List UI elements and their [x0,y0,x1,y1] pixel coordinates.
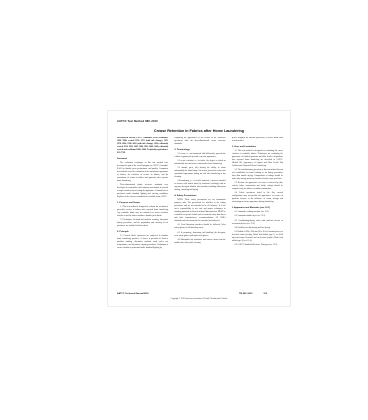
text-columns: Developed in 1968 by AATCC Committee RA6… [117,137,283,292]
body-paragraph: 1.1 This test method is designed to eval… [117,206,168,218]
section-heading: 1. Purpose and Scope [117,202,168,205]
section-heading: 5. Uses and Limitations [232,146,283,149]
body-paragraph: 5.3 Because the appearance of creases is… [232,182,283,191]
body-paragraph: 6.1 Automatic washing machine (see 12.2)… [232,211,283,214]
body-paragraph: 6.4 Facilities for drip drying and line … [232,227,283,230]
body-paragraph: 5.4 Fabric specimens tested in the flat,… [232,192,283,204]
section-heading: 4. Safety Precautions [174,195,225,198]
section-heading: 2. Principle [117,231,168,234]
section-heading: Foreword [117,158,168,161]
body-paragraph: 3.3 durable press, adj.—having the abili… [174,167,225,179]
body-paragraph-continuation: comparing the appearance of the creases … [174,137,225,146]
footer-doc-code: TM 88C-2010 [239,293,252,296]
footer-right-group: TM 88C-2010 123 [239,293,267,296]
body-paragraph: 4.2 In preparing, dispensing and handlin… [174,232,225,238]
text-column-2: comparing the appearance of the creases … [174,137,225,292]
document-title: Crease Retention in Fabrics after Home L… [108,129,290,133]
footer-manual-label: AATCC Technical Manual/2010 [117,293,149,296]
copyright-line: Copyright © 2010 American Association of… [108,298,290,300]
text-column-1: Developed in 1968 by AATCC Committee RA6… [117,137,168,292]
section-heading: 3. Terminology [174,149,225,152]
document-page: AATCC Test Method 88C-2010 Crease Retent… [107,110,291,307]
page-footer: AATCC Technical Manual/2010 TM 88C-2010 … [117,293,281,296]
body-paragraph: 5.1 This test method is designed for eva… [232,150,283,168]
body-paragraph: 4.3 Manipulate hot containers and remove… [174,239,225,245]
footer-page-number: 123 [263,293,267,296]
body-paragraph: 5.2 The interlaboratory precision of thi… [232,169,283,181]
body-paragraph: The evaluation techniques in this test m… [117,162,168,183]
body-paragraph: 6.3 Conditioning/drying racks with pull-… [232,220,283,226]
text-column-3: gloves designed for thermal protection, … [232,137,283,292]
body-paragraph-continuation: gloves designed for thermal protection, … [232,137,283,143]
body-paragraph: 1.2 Techniques for hand and machine wash… [117,219,168,228]
section-heading: 6. Apparatus and Materials (see 12.1) [232,207,283,210]
body-paragraph: Three-dimensional plastic reference stan… [117,184,168,199]
body-paragraph: 6.5 Ballast of 920 x 920 mm (36 x 36 in.… [232,231,283,243]
body-paragraph: 3.4 laundering, n.—of textile materials,… [174,180,225,192]
body-paragraph: NOTE: These safety precautions are for i… [174,199,225,223]
body-paragraph: 2.1 Creased fabric specimens are subject… [117,235,168,250]
document-viewer-background: AATCC Test Method 88C-2010 Crease Retent… [0,0,368,420]
revision-history: Developed in 1968 by AATCC Committee RA6… [117,137,168,155]
body-paragraph: 6.2 Automatic tumble dryer (see 12.2). [232,215,283,218]
body-paragraph: 6.6 AATCC Standard Reference Detergent (… [232,244,283,247]
body-paragraph: 4.1 Good laboratory practices should be … [174,224,225,230]
body-paragraph: 3.2 crease retention, n.—in fabric, the … [174,160,225,166]
body-paragraph: 3.1 crease, n.—an intentional fold delib… [174,153,225,159]
page-header-method-number: AATCC Test Method 88C-2010 [117,120,158,123]
